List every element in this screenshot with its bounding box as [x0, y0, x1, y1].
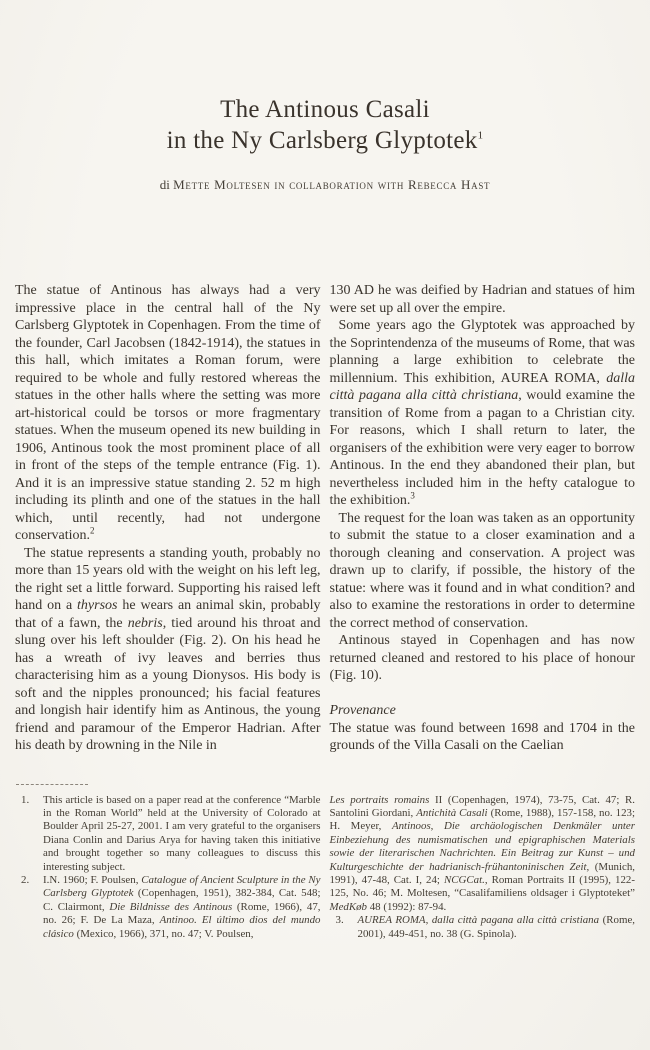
paragraph: 130 AD he was deified by Hadrian and sta…: [330, 282, 636, 317]
paragraph: The statue of Antinous has always had a …: [15, 282, 321, 545]
title-line-1: The Antinous Casali: [220, 96, 430, 123]
byline-prefix: di: [160, 177, 173, 192]
italic-text: AUREA ROMA, dalla città pagana alla citt…: [358, 914, 600, 926]
paragraph: The statue was found between 1698 and 17…: [330, 720, 636, 755]
footnote-text: This article is based on a paper read at…: [43, 794, 321, 873]
title-line-2: in the Ny Carlsberg Glyptotek: [167, 127, 478, 154]
text-run: Provenance: [330, 703, 396, 718]
title-footnote-ref: 1: [478, 130, 484, 142]
text-run: The request for the loan was taken as an…: [330, 511, 636, 631]
footnote-continuation: Les portraits romains II (Copenhagen, 19…: [330, 794, 636, 915]
text-run: , tied around his throat and slung over …: [15, 616, 321, 754]
text-run: (Mexico, 1966), 371, no. 47; V. Poulsen,: [74, 928, 254, 940]
byline: di Mette Moltesen in collaboration with …: [0, 177, 650, 193]
body-column-left: The statue of Antinous has always had a …: [15, 282, 321, 755]
text-run: The statue of Antinous has always had a …: [15, 283, 321, 543]
footnote-number: 1.: [21, 794, 29, 807]
italic-text: thyrsos: [77, 598, 117, 613]
text-run: Antinous stayed in Copenhagen and has no…: [330, 633, 636, 683]
text-run: Some years ago the Glyptotek was approac…: [330, 318, 636, 386]
paragraph: The request for the loan was taken as an…: [330, 510, 636, 633]
footnote: 2.I.N. 1960; F. Poulsen, Catalogue of An…: [15, 874, 321, 941]
body-columns: The statue of Antinous has always had a …: [0, 282, 650, 755]
body-column-right: 130 AD he was deified by Hadrian and sta…: [330, 282, 636, 755]
page-title: The Antinous Casali in the Ny Carlsberg …: [0, 0, 650, 156]
footnote-ref: 3: [410, 490, 415, 500]
footnote: 3.AUREA ROMA, dalla città pagana alla ci…: [330, 914, 636, 941]
footnote-ref: 2: [90, 525, 95, 535]
text-run: This article is based on a paper read at…: [43, 794, 321, 873]
text-run: 48 (1992): 87-94.: [367, 901, 446, 913]
footnote-number: 2.: [21, 874, 29, 887]
italic-text: NCGCat.: [444, 874, 485, 886]
footnote-separator: [16, 784, 88, 785]
footnote-columns: 1.This article is based on a paper read …: [0, 794, 650, 941]
paragraph: Antinous stayed in Copenhagen and has no…: [330, 632, 636, 685]
text-run: The statue was found between 1698 and 17…: [330, 721, 636, 754]
footnote-column-left: 1.This article is based on a paper read …: [15, 794, 321, 941]
footnote-number: 3.: [336, 914, 344, 927]
italic-text: nebris: [128, 616, 163, 631]
paragraph: Some years ago the Glyptotek was approac…: [330, 317, 636, 510]
article-page: The Antinous Casali in the Ny Carlsberg …: [0, 0, 650, 1050]
text-run: , would examine the transition of Rome f…: [330, 388, 636, 508]
footnote-text: Les portraits romains II (Copenhagen, 19…: [330, 794, 636, 913]
footnote-column-right: Les portraits romains II (Copenhagen, 19…: [330, 794, 636, 941]
italic-text: Les portraits romains: [330, 794, 430, 806]
italic-text: Die Bildnisse des Antinous: [109, 901, 232, 913]
footnote-text: AUREA ROMA, dalla città pagana alla citt…: [358, 914, 636, 939]
section-heading: Provenance: [330, 702, 636, 720]
text-run: 130 AD he was deified by Hadrian and sta…: [330, 283, 636, 316]
text-run: I.N. 1960; F. Poulsen,: [43, 874, 141, 886]
footnote: 1.This article is based on a paper read …: [15, 794, 321, 874]
footnote-text: I.N. 1960; F. Poulsen, Catalogue of Anci…: [43, 874, 321, 940]
italic-text: MedKøb: [330, 901, 368, 913]
italic-text: Antichità Casali: [416, 807, 487, 819]
byline-authors: Mette Moltesen in collaboration with Reb…: [173, 177, 490, 192]
paragraph: The statue represents a standing youth, …: [15, 545, 321, 755]
